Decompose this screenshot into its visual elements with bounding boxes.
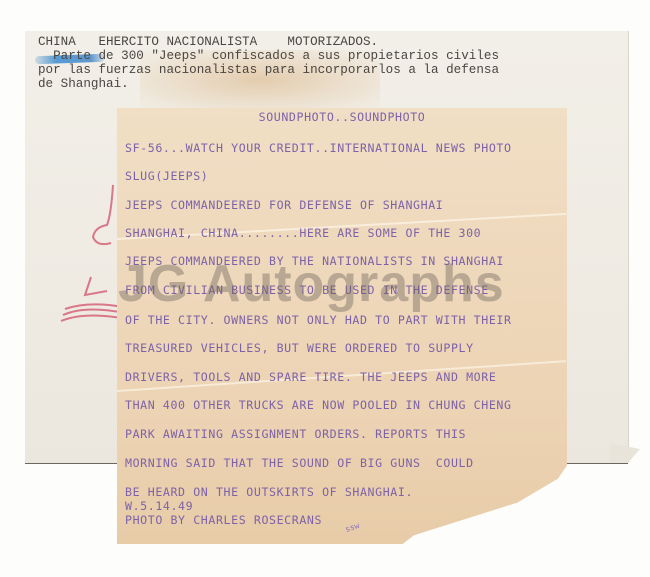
spanish-caption-line-4: de Shanghai. xyxy=(38,77,499,91)
spanish-caption: CHINA EHERCITO NACIONALISTA MOTORIZADOS.… xyxy=(38,35,499,91)
watermark: JG Autographs xyxy=(118,254,505,314)
spanish-caption-line-1: CHINA EHERCITO NACIONALISTA MOTORIZADOS. xyxy=(38,35,499,49)
snipe-line: PARK AWAITING ASSIGNMENT ORDERS. REPORTS… xyxy=(125,427,466,441)
spanish-caption-line-3: por las fuerzas nacionalistas para incor… xyxy=(38,63,499,77)
snipe-line: MORNING SAID THAT THE SOUND OF BIG GUNS … xyxy=(125,456,474,470)
snipe-header: SOUNDPHOTO..SOUNDPHOTO xyxy=(117,110,567,124)
photo-credit: PHOTO BY CHARLES ROSECRANS xyxy=(125,513,322,527)
snipe-line: JEEPS COMMANDEERED FOR DEFENSE OF SHANGH… xyxy=(125,198,443,212)
snipe-line: THAN 400 OTHER TRUCKS ARE NOW POOLED IN … xyxy=(125,398,512,412)
snipe-line: SHANGHAI, CHINA........HERE ARE SOME OF … xyxy=(125,226,481,240)
snipe-line: OF THE CITY. OWNERS NOT ONLY HAD TO PART… xyxy=(125,313,512,327)
spanish-caption-line-2: Parte de 300 "Jeeps" confiscados a sus p… xyxy=(38,49,499,63)
snipe-line: DRIVERS, TOOLS AND SPARE TIRE. THE JEEPS… xyxy=(125,370,496,384)
snipe-line: SLUG(JEEPS) xyxy=(125,169,208,183)
snipe-line: SF-56...WATCH YOUR CREDIT..INTERNATIONAL… xyxy=(125,141,512,155)
snipe-line: BE HEARD ON THE OUTSKIRTS OF SHANGHAI. xyxy=(125,485,413,499)
torn-corner xyxy=(610,443,640,463)
snipe-line: TREASURED VEHICLES, BUT WERE ORDERED TO … xyxy=(125,341,474,355)
snipe-date-code: W.5.14.49 xyxy=(125,499,193,513)
